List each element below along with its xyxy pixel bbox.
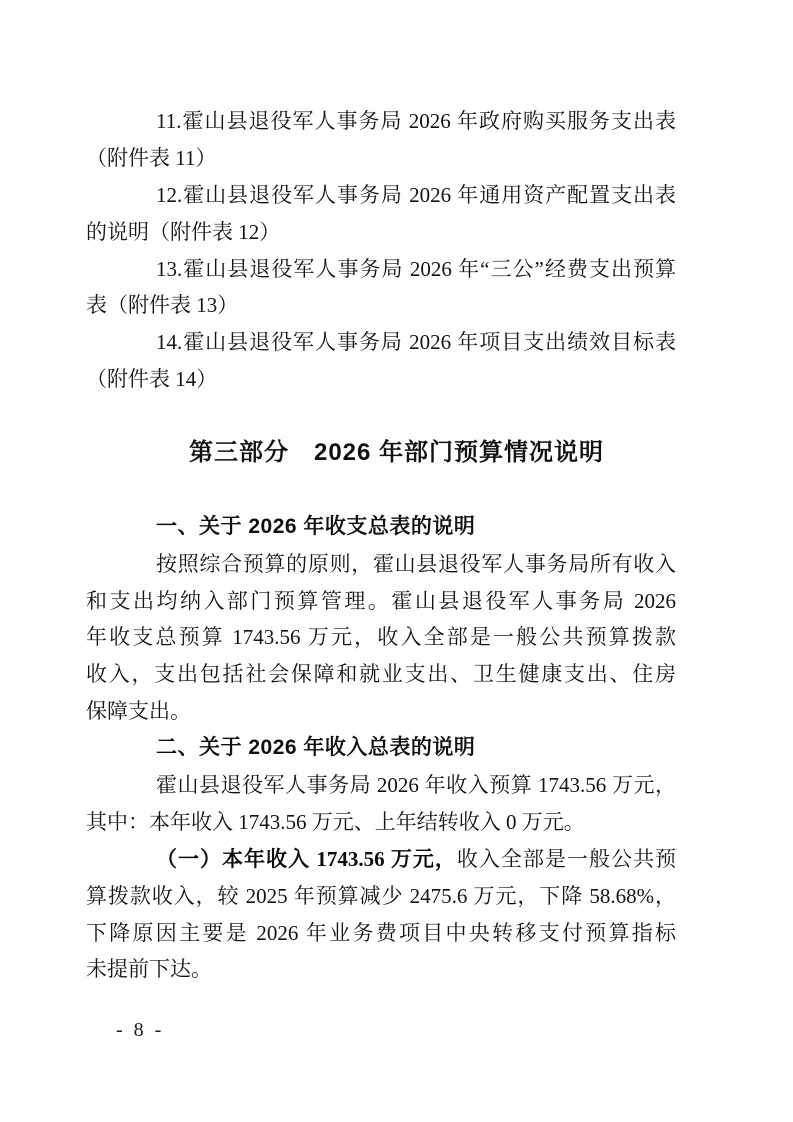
subsection-heading-1: 一、关于 2026 年收支总表的说明: [86, 509, 676, 546]
attachment-list-line: 14.霍山县退役军人事务局 2026 年项目支出绩效目标表: [86, 324, 676, 361]
paragraph-line: （一）本年收入 1743.56 万元，收入全部是一般公共预: [86, 841, 676, 878]
paragraph-line: 年收支总预算 1743.56 万元，收入全部是一般公共预算拨款: [86, 619, 676, 656]
bold-text-run: （一）本年收入 1743.56 万元，: [156, 847, 457, 871]
attachment-list-line: （附件表 14）: [86, 361, 676, 398]
paragraph-line: 霍山县退役军人事务局 2026 年收入预算 1743.56 万元，: [86, 767, 676, 804]
attachment-list-line: 12.霍山县退役军人事务局 2026 年通用资产配置支出表: [86, 177, 676, 214]
attachment-list-line: 13.霍山县退役军人事务局 2026 年“三公”经费支出预算: [86, 251, 676, 288]
paragraph-line: 收入，支出包括社会保障和就业支出、卫生健康支出、住房: [86, 656, 676, 693]
paragraph-line: 其中：本年收入 1743.56 万元、上年结转收入 0 万元。: [86, 804, 676, 841]
paragraph-line: 下降原因主要是 2026 年业务费项目中央转移支付预算指标: [86, 915, 676, 952]
document-body: 11.霍山县退役军人事务局 2026 年政府购买服务支出表 （附件表 11） 1…: [86, 103, 676, 988]
paragraph-line: 和支出均纳入部门预算管理。霍山县退役军人事务局 2026: [86, 583, 676, 620]
attachment-list-line: （附件表 11）: [86, 140, 676, 177]
text-run: 收入全部是一般公共预: [457, 847, 676, 871]
section-heading: 第三部分 2026 年部门预算情况说明: [0, 435, 793, 472]
paragraph-line: 保障支出。: [86, 693, 676, 730]
spacer: [86, 398, 676, 435]
attachment-list-line: 表（附件表 13）: [86, 287, 676, 324]
subsection-heading-2: 二、关于 2026 年收入总表的说明: [86, 730, 676, 767]
paragraph-line: 未提前下达。: [86, 951, 676, 988]
attachment-list-line: 的说明（附件表 12）: [86, 214, 676, 251]
document-page: 11.霍山县退役军人事务局 2026 年政府购买服务支出表 （附件表 11） 1…: [0, 0, 793, 1122]
page-number: - 8 -: [116, 1012, 164, 1049]
paragraph-line: 按照综合预算的原则，霍山县退役军人事务局所有收入: [86, 546, 676, 583]
paragraph-line: 算拨款收入，较 2025 年预算减少 2475.6 万元，下降 58.68%，: [86, 878, 676, 915]
attachment-list-line: 11.霍山县退役军人事务局 2026 年政府购买服务支出表: [86, 103, 676, 140]
spacer: [86, 472, 676, 509]
